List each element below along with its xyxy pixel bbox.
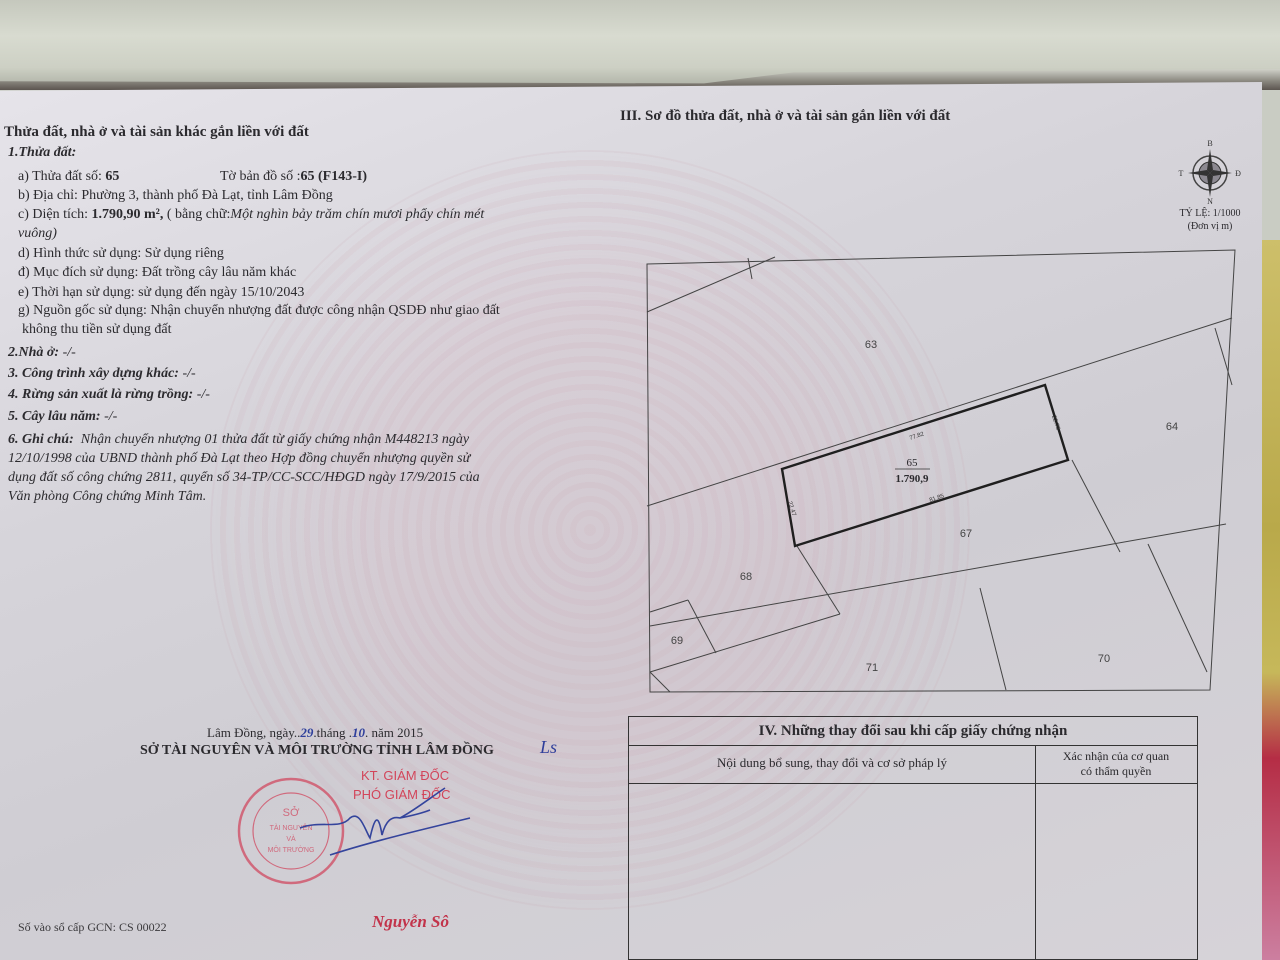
scale-ratio: TỶ LỆ: 1/1000	[1165, 207, 1255, 220]
notes-row: 6. Ghi chú: Nhận chuyển nhượng 01 thửa đ…	[8, 431, 469, 449]
address-row: b) Địa chỉ: Phường 3, thành phố Đà Lạt, …	[18, 187, 333, 205]
construction-value: -/-	[179, 366, 196, 381]
left-section-title: Thửa đất, nhà ở và tài sản khác gắn liền…	[4, 123, 309, 141]
perennial-row: 5. Cây lâu năm: -/-	[8, 408, 117, 426]
parcel-label-68: 68	[740, 571, 752, 583]
area-row: c) Diện tích: 1.790,90 m², ( bằng chữ:Mộ…	[18, 206, 484, 224]
notes-line: dụng đất số công chứng 2811, quyển số 34…	[8, 469, 480, 487]
date-day: 29	[300, 725, 313, 740]
notes-line: 12/10/1998 của UBND thành phố Đà Lạt the…	[8, 450, 470, 468]
parcel-number-label: a) Thửa đất số:	[18, 169, 105, 184]
date-month-prefix: .tháng .	[313, 725, 352, 740]
area-value: 1.790,90 m²,	[91, 207, 166, 222]
area-label: c) Diện tích:	[18, 207, 91, 222]
handwritten-initials: Ls	[540, 738, 557, 756]
usage-form-row: d) Hình thức sử dụng: Sử dụng riêng	[18, 245, 224, 263]
parcel-number-value: 65	[105, 169, 119, 184]
parcel-label-71: 71	[866, 662, 878, 674]
changes-table-title: IV. Những thay đổi sau khi cấp giấy chứn…	[629, 717, 1197, 746]
forest-row: 4. Rừng sản xuất là rừng trồng: -/-	[8, 386, 210, 404]
notes-line: Văn phòng Công chứng Minh Tâm.	[8, 488, 206, 506]
parcel-label-69: 69	[671, 635, 683, 647]
map-section-title: III. Sơ đồ thửa đất, nhà ở và tài sản gắ…	[620, 107, 950, 125]
construction-row: 3. Công trình xây dựng khác: -/-	[8, 365, 196, 383]
subject-parcel-outline	[782, 385, 1068, 546]
construction-label: 3. Công trình xây dựng khác:	[8, 366, 179, 381]
compass-north-label: B	[1207, 139, 1212, 148]
changes-table-header-row: Nội dung bổ sung, thay đổi và cơ sở pháp…	[629, 746, 1197, 784]
edge-length-right: 22.75	[1050, 415, 1061, 432]
area-words: Một nghìn bảy trăm chín mươi phẩy chín m…	[230, 207, 484, 222]
parcel-map: 77.82 81.85 22.47 22.75 65 1.790,9 63 64…	[640, 240, 1240, 700]
notes-label: 6. Ghi chú:	[8, 432, 74, 447]
perennial-label: 5. Cây lâu năm:	[8, 409, 101, 424]
parcel-number-row: a) Thửa đất số: 65	[18, 168, 119, 186]
parcel-label-70: 70	[1098, 653, 1110, 665]
date-year: . năm 2015	[365, 725, 423, 740]
changes-table-col-content: Nội dung bổ sung, thay đổi và cơ sở pháp…	[629, 746, 1036, 783]
area-words-prefix: ( bằng chữ:	[167, 207, 231, 222]
changes-table-divider	[1035, 783, 1036, 959]
subject-parcel-area: 1.790,9	[896, 473, 930, 485]
house-value: -/-	[59, 345, 76, 360]
signer-name: Nguyễn Sô	[372, 912, 449, 932]
registry-number: Số vào sổ cấp GCN: CS 00022	[18, 918, 167, 936]
notes-line: Nhận chuyển nhượng 01 thửa đất từ giấy c…	[81, 432, 469, 447]
place-date: Lâm Đồng, ngày..29.tháng .10. năm 2015	[207, 724, 423, 742]
parcel-label-67: 67	[960, 528, 972, 540]
compass-west-label: T	[1179, 169, 1184, 178]
map-sheet-value: 65 (F143-I)	[301, 169, 368, 184]
forest-value: -/-	[193, 387, 210, 402]
house-row: 2.Nhà ở: -/-	[8, 344, 76, 362]
col-confirmation-line-2: có thẩm quyền	[1035, 764, 1197, 779]
changes-table-col-confirmation: Xác nhận của cơ quan có thẩm quyền	[1035, 746, 1197, 786]
area-words-continued: vuông)	[18, 225, 57, 243]
usage-purpose-row: đ) Mục đích sử dụng: Đất trồng cây lâu n…	[18, 264, 296, 282]
date-month: 10	[352, 725, 365, 740]
parcel-label-63: 63	[865, 339, 877, 351]
col-confirmation-line-1: Xác nhận của cơ quan	[1035, 749, 1197, 764]
map-sheet-row: Tờ bản đồ số :65 (F143-I)	[220, 168, 367, 186]
map-scale: TỶ LỆ: 1/1000 (Đơn vị m)	[1165, 207, 1255, 233]
subject-parcel-number: 65	[907, 457, 919, 469]
edge-length-top: 77.82	[909, 431, 926, 442]
changes-table: IV. Những thay đổi sau khi cấp giấy chứn…	[628, 716, 1198, 960]
issuing-agency: SỞ TÀI NGUYÊN VÀ MÔI TRƯỜNG TỈNH LÂM ĐỒN…	[140, 742, 494, 760]
scale-unit: (Đơn vị m)	[1165, 220, 1255, 233]
usage-origin-row: g) Nguồn gốc sử dụng: Nhận chuyển nhượng…	[18, 302, 500, 320]
usage-term-row: e) Thời hạn sử dụng: sử dụng đến ngày 15…	[18, 284, 304, 302]
parcel-label-64: 64	[1166, 421, 1178, 433]
usage-origin-continued: không thu tiền sử dụng đất	[22, 321, 172, 339]
compass-south-label: N	[1207, 197, 1213, 206]
handwritten-signature	[270, 780, 490, 870]
map-sheet-label: Tờ bản đồ số :	[220, 169, 301, 184]
forest-label: 4. Rừng sản xuất là rừng trồng:	[8, 387, 193, 402]
parcel-heading: 1.Thửa đất:	[8, 144, 76, 162]
place-date-prefix: Lâm Đồng, ngày..	[207, 725, 300, 740]
compass-rose-icon: B N T Đ	[1178, 138, 1242, 206]
compass-east-label: Đ	[1235, 169, 1241, 178]
perennial-value: -/-	[101, 409, 118, 424]
house-label: 2.Nhà ở:	[8, 345, 59, 360]
